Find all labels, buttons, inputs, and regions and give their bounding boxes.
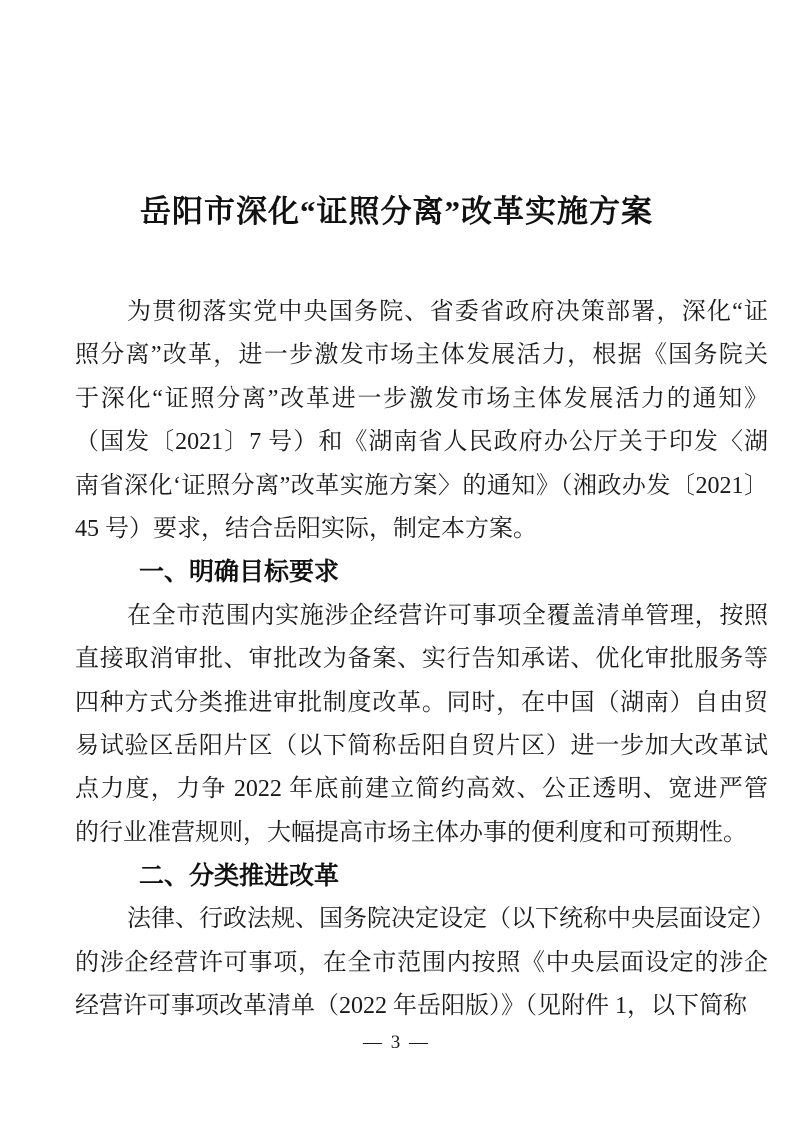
- section-2-paragraph: 法律、行政法规、国务院决定设定（以下统称中央层面设定） 的涉企经营许可事项，在全…: [75, 898, 768, 1028]
- page-number: — 3 —: [0, 1032, 793, 1054]
- text-line: 在全市范围内实施涉企经营许可事项全覆盖清单管理，按照: [75, 595, 768, 638]
- intro-paragraph: 为贯彻落实党中央国务院、省委省政府决策部署，深化“证 照分离”改革，进一步激发市…: [75, 291, 768, 551]
- document-body: 为贯彻落实党中央国务院、省委省政府决策部署，深化“证 照分离”改革，进一步激发市…: [75, 291, 768, 1029]
- text-line: 45 号）要求，结合岳阳实际，制定本方案。: [75, 508, 768, 551]
- text-line: （国发〔2021〕7 号）和《湖南省人民政府办公厅关于印发〈湖: [75, 421, 768, 464]
- text-line: 于深化“证照分离”改革进一步激发市场主体发展活力的通知》: [75, 378, 768, 421]
- text-line: 经营许可事项改革清单（2022 年岳阳版）》（见附件 1，以下简称: [75, 985, 768, 1028]
- text-line: 易试验区岳阳片区（以下简称岳阳自贸片区）进一步加大改革试: [75, 725, 768, 768]
- section-heading-1: 一、明确目标要求: [75, 551, 768, 594]
- text-line: 法律、行政法规、国务院决定设定（以下统称中央层面设定）: [75, 898, 768, 941]
- section-heading-2: 二、分类推进改革: [75, 855, 768, 898]
- text-line: 的行业准营规则，大幅提高市场主体办事的便利度和可预期性。: [75, 812, 768, 855]
- text-line: 为贯彻落实党中央国务院、省委省政府决策部署，深化“证: [75, 291, 768, 334]
- text-line: 四种方式分类推进审批制度改革。同时，在中国（湖南）自由贸: [75, 682, 768, 725]
- text-line: 照分离”改革，进一步激发市场主体发展活力，根据《国务院关: [75, 334, 768, 377]
- document-page: 岳阳市深化“证照分离”改革实施方案 为贯彻落实党中央国务院、省委省政府决策部署，…: [0, 0, 793, 1122]
- text-line: 南省深化‘证照分离”改革实施方案〉的通知》（湘政办发〔2021〕: [75, 465, 768, 508]
- section-1-paragraph: 在全市范围内实施涉企经营许可事项全覆盖清单管理，按照 直接取消审批、审批改为备案…: [75, 595, 768, 855]
- document-title: 岳阳市深化“证照分离”改革实施方案: [0, 186, 793, 231]
- text-line: 点力度，力争 2022 年底前建立简约高效、公正透明、宽进严管: [75, 768, 768, 811]
- text-line: 直接取消审批、审批改为备案、实行告知承诺、优化审批服务等: [75, 638, 768, 681]
- text-line: 的涉企经营许可事项，在全市范围内按照《中央层面设定的涉企: [75, 942, 768, 985]
